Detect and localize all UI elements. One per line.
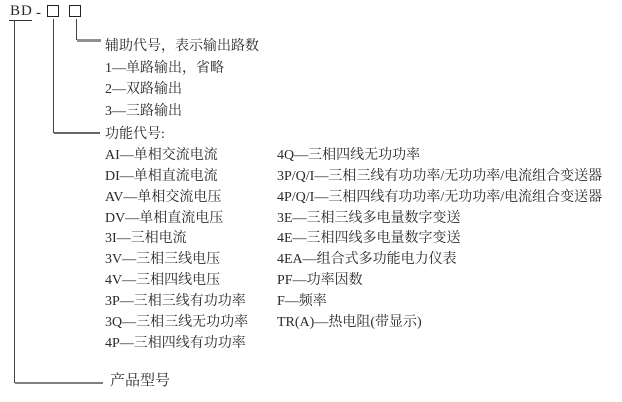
model-code-diagram: BD - 辅助代号，表示输出路数 1—单路输出，省略 2—双路输出 3—三路输出… [0, 0, 622, 402]
function-code-row: 3Q—三相三线无功功率 TR(A)—热电阻(带显示) [105, 313, 602, 334]
auxiliary-code-item: 1—单路输出，省略 [105, 58, 259, 80]
function-code-row: DI—单相直流电流 3P/Q/I—三相三线有功功率/无功功率/电流组合变送器 [105, 167, 602, 188]
function-code-item-left: 3Q—三相三线无功功率 [105, 313, 277, 334]
function-code-item-right: 3E—三相三线多电量数字变送 [277, 209, 602, 230]
function-code-item-right: 4EA—组合式多功能电力仪表 [277, 250, 602, 271]
function-code-item-left: DI—单相直流电流 [105, 167, 277, 188]
function-code-item-right: F—频率 [277, 292, 602, 313]
connector-lead-auxiliary-code [77, 39, 101, 42]
function-code-item-right [277, 334, 602, 355]
function-code-item-left: 4V—三相四线电压 [105, 271, 277, 292]
product-model-label: 产品型号 [110, 374, 170, 389]
function-code-row: 3P—三相三线有功功率 F—频率 [105, 292, 602, 313]
function-code-item-left: 4P—三相四线有功功率 [105, 334, 277, 355]
function-code-item-left: DV—单相直流电压 [105, 209, 277, 230]
function-code-row: 4V—三相四线电压 PF—功率因数 [105, 271, 602, 292]
function-code-row: DV—单相直流电压 3E—三相三线多电量数字变送 [105, 209, 602, 230]
model-prefix: BD [10, 4, 33, 19]
function-code-item-left: 3V—三相三线电压 [105, 250, 277, 271]
function-code-section: 功能代号: AI—单相交流电流 4Q—三相四线无功功率 DI—单相直流电流 3P… [105, 125, 602, 355]
model-dash: - [36, 6, 41, 21]
function-code-item-right: 4E—三相四线多电量数字变送 [277, 229, 602, 250]
function-code-item-right: 4Q—三相四线无功功率 [277, 146, 602, 167]
auxiliary-code-item: 2—双路输出 [105, 79, 259, 101]
function-code-item-right: TR(A)—热电阻(带显示) [277, 313, 602, 334]
function-code-row: AV—单相交流电压 4P/Q/I—三相四线有功功率/无功功率/电流组合变送器 [105, 188, 602, 209]
connector-lead-function-code [54, 132, 100, 134]
code-placeholder-box-2 [69, 5, 81, 17]
connector-vertical-auxiliary-code [76, 19, 77, 40]
function-code-item-left: AI—单相交流电流 [105, 146, 277, 167]
auxiliary-code-section: 辅助代号，表示输出路数 1—单路输出，省略 2—双路输出 3—三路输出 [105, 36, 259, 122]
auxiliary-code-heading: 辅助代号，表示输出路数 [105, 36, 259, 58]
connector-vertical-function-code [53, 19, 54, 133]
auxiliary-code-item: 3—三路输出 [105, 101, 259, 123]
function-code-item-left: AV—单相交流电压 [105, 188, 277, 209]
function-code-item-left: 3P—三相三线有功功率 [105, 292, 277, 313]
function-code-row: AI—单相交流电流 4Q—三相四线无功功率 [105, 146, 602, 167]
function-code-heading: 功能代号: [105, 125, 602, 146]
connector-lead-product [15, 382, 103, 384]
connector-vertical-product [14, 21, 15, 383]
function-code-item-right: PF—功率因数 [277, 271, 602, 292]
prefix-underline [9, 20, 32, 21]
function-code-item-right: 3P/Q/I—三相三线有功功率/无功功率/电流组合变送器 [277, 167, 602, 188]
function-code-row: 3V—三相三线电压 4EA—组合式多功能电力仪表 [105, 250, 602, 271]
function-code-row: 4P—三相四线有功功率 [105, 334, 602, 355]
function-code-item-right: 4P/Q/I—三相四线有功功率/无功功率/电流组合变送器 [277, 188, 602, 209]
function-code-item-left: 3I—三相电流 [105, 229, 277, 250]
code-placeholder-box-1 [47, 5, 59, 17]
function-code-row: 3I—三相电流 4E—三相四线多电量数字变送 [105, 229, 602, 250]
